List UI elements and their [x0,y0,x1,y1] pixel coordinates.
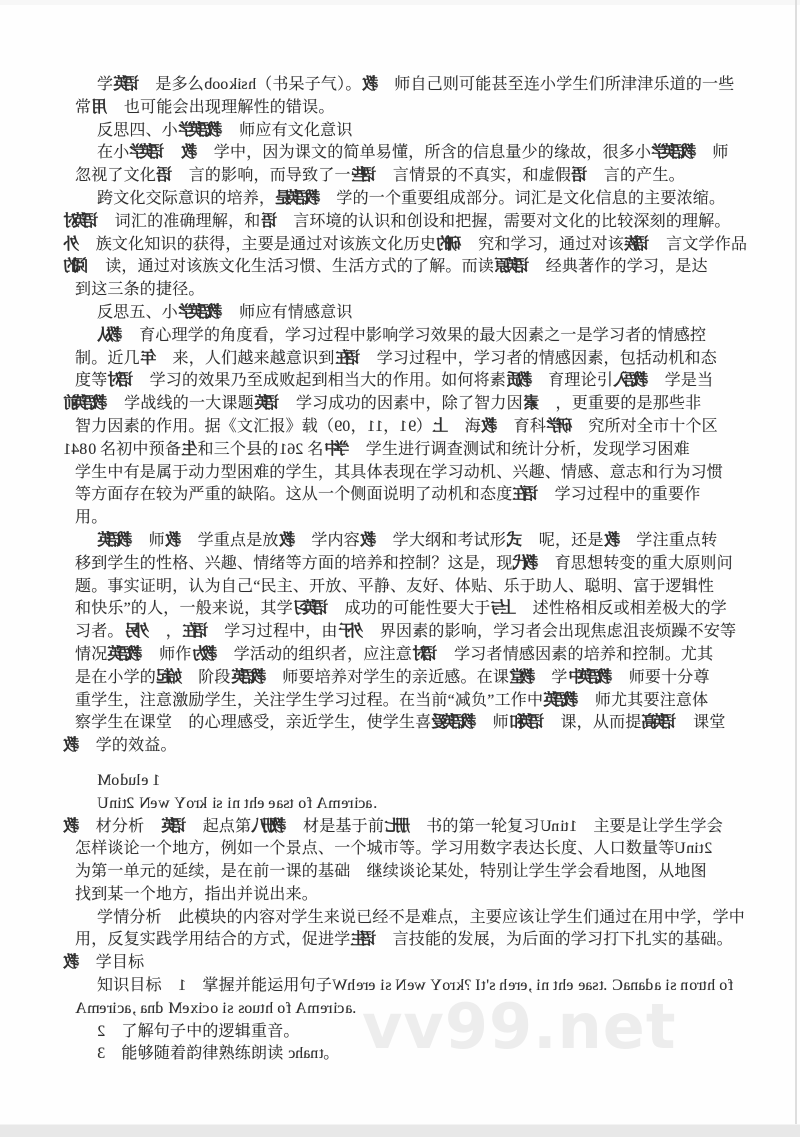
text-line: 忽视了文化语 言的影响，而导致了一些语 言情景的不真实，和虚假语 言的产生。 [75,165,800,188]
text-run: 习者。 [75,623,124,640]
text-line: 是在小学的起始 阶段英语教 师要培养对学生的亲近感。在课堂教 学中英语教 师要十… [75,667,800,690]
mirrored-text-run: Module 1 [97,772,160,789]
text-run: 师应有文化意识 [223,122,353,139]
text-run: 学目标 [80,954,145,971]
text-run: 读，通过对该族文化生活习惯、生活方式的了解。而读 [89,258,494,275]
text-line: 英语教 师教 学重点是放教 学内容教 学大纲和考试形式 呢，还是教 学注重点转 [97,530,800,553]
text-run: 师尤其要注意体 [579,692,709,709]
garbled-text-run: 教 [279,532,296,549]
text-run: 学情分析 此模块的内容对学生来说已经不是难点，主要应该让学生们通过在用中学，学中 [97,909,745,926]
text-line: 学情分析 此模块的内容对学生来说已经不是难点，主要应该让学生们通过在用中学，学中 [97,907,800,930]
garbled-text-run: 用 [91,99,108,116]
mirrored-text-run: America, and Mexico is south of America. [75,1000,356,1017]
text-run: 学大纲和考试形 [376,532,506,549]
garbled-text-run: 对英语 [63,213,98,230]
text-run: 阶段 [182,669,231,686]
garbled-text-run: 对语 [107,372,133,389]
text-run: 师自己则可能甚至连小学生们所津津乐道的一些 [378,76,734,93]
text-run: 书的第一轮复习 [410,818,540,835]
text-run: 学习者情感因素的培养和控制。尤其 [438,646,713,663]
mirrored-text-run: 19 [399,418,415,435]
text-run: 言的产生。 [588,167,685,184]
document-text: 学英语 是多么bookish（书呆子气）。教 师自己则可能甚至连小学生们所津津乐… [0,0,800,1066]
text-run: ， [383,418,399,435]
garbled-text-run: 学英语教 [178,122,223,139]
text-run: 学 [97,76,113,93]
garbled-text-run: 英语教 [97,532,132,549]
garbled-text-run: 族语 [624,236,650,253]
garbled-text-run: 教 [63,818,80,835]
text-run: 掌握并能运用句子 [186,977,332,994]
garbled-text-run: 原英语 [494,258,529,275]
text-line: 反思五、小学英语教 师应有情感意识 [97,302,800,325]
text-run: 题。事实证明，认为自己“民主、开放、平静、友好、体贴、乐于助人、聪明、富于逻辑性 [75,578,714,595]
text-run: 等方面存在较为严重的缺陷。这从一个侧面说明了动机和态度 [75,486,512,503]
text-run: 度等 [75,372,107,389]
garbled-text-run: 为教 [192,646,218,663]
text-run: 学战线的一大课题 [108,395,254,412]
text-run: 学生中有是属于动力型困难的学生，其具体表现在学习动机、兴趣、情感、意志和行为习惯 [75,464,723,481]
text-run: 族文化知识的获得，主要是通过对该族文化历史 [80,236,436,253]
text-run: 师 [696,144,728,161]
text-line: 知识目标 1 掌握并能运用句子Where is New York? It's h… [97,975,800,998]
text-run: 怎样谈论一个地方，例如一个景点、一个城市等。学习用数字表达长度、人口数量等 [75,840,674,857]
text-run: 在小 [97,144,129,161]
garbled-text-run: 中学 [324,441,350,458]
text-run: 名 [303,441,323,458]
text-run [165,144,181,161]
garbled-text-run: 生 [181,441,198,458]
text-run: 为第一单元的延续，是在前一课的基础 继续谈论某处，特别让学生学会看地图，从地图 [75,863,707,880]
text-run: 材是基于前 [287,818,384,835]
text-line: 题。事实证明，认为自己“民主、开放、平静、友好、体贴、乐于助人、聪明、富于逻辑性 [75,576,800,599]
text-run: ， [150,623,182,640]
text-line: 为第一单元的延续，是在前一课的基础 继续谈论某处，特别让学生学会看地图，从地图 [75,861,800,884]
garbled-text-run: 英语 [254,395,280,412]
text-line: 到这三条的捷径。 [75,279,800,302]
text-run: 情况 [75,646,107,663]
garbled-text-run: 英语教 [107,646,142,663]
garbled-text-run: 在语 [335,350,361,367]
text-line: 学生中有是属于动力型困难的学生，其具体表现在学习动机、兴趣、情感、意志和行为习惯 [75,462,800,485]
garbled-text-run: 教 [481,418,498,435]
garbled-text-run: 八册教 [251,818,286,835]
garbled-text-run: 英语教 [231,669,266,686]
garbled-text-run: 起始 [156,669,182,686]
garbled-text-run: 在语 [512,486,538,503]
garbled-text-run: 英语教 [543,692,578,709]
garbled-text-run: 教 [362,76,379,93]
mirrored-text-run: Unit2 New York is in the east of America… [97,795,377,812]
text-run: 言的影响，而导致了一 [173,167,351,184]
garbled-text-run: 对语 [412,646,438,663]
garbled-text-run: 教 [360,532,377,549]
garbled-text-run: 英语 [161,818,187,835]
text-run: 制。近几 [75,350,140,367]
text-run: 学是当 [649,372,714,389]
text-run: 育心理学的角度看，学习过程中影响学习效果的最大因素之一是学习者的情感控 [123,327,706,344]
text-line: 智力因素的作用。据《文汇报》载（90，11，19）上 海教 育科学研 究所对全市… [75,416,800,439]
text-run: 学 [535,669,567,686]
text-run: 经典著作的学习，是达 [530,258,708,275]
text-run: 跨文化交际意识的培养， [97,190,275,207]
text-run: 学生进行调查测试和统计分析，发现学习困难 [350,441,690,458]
garbled-text-run: 于外 [338,623,364,640]
garbled-text-run: 学英语 [129,144,164,161]
garbled-text-run: 学英语教 [178,304,223,321]
text-line: 前英语教 学战线的一大课题英语 学习成功的因素中，除了智力因素 ，更重要的是那些… [63,393,800,416]
text-line: 用。 [75,507,800,530]
text-line: 习者。另外 ，在语 学习过程中，由于外 界因素的影响，学习者会出现焦虑沮丧烦躁不… [75,621,800,644]
text-run: 学的一个重要组成部分。词汇是文化信息的主要浓缩。 [320,190,725,207]
mirrored-text-run: Unit2 [674,840,711,857]
text-run: 海 [449,418,481,435]
text-run: 学习过程中，由 [208,623,338,640]
garbled-text-run: 七册 [384,818,410,835]
text-line: 移到学生的性格、兴趣、情绪等方面的培养和控制？这是，现代教 育思想转变的重大原则… [75,553,800,576]
text-run: 究和学习，通过对该 [462,236,624,253]
text-line: 跨文化交际意识的培养，是英语教 学的一个重要组成部分。词汇是文化信息的主要浓缩。 [97,188,800,211]
text-run: 用。 [75,509,107,526]
mirrored-text-run: bookish [204,76,256,93]
text-run: 呢，还是 [523,532,604,549]
garbled-text-run: 生语 [350,931,376,948]
garbled-text-run: 爱英语教 [431,714,476,731]
text-line: 教 学目标 [63,952,800,975]
text-run: 师 [132,532,164,549]
text-run: 师要十分尊 [613,669,710,686]
text-run: 界因素的影响，学习者会出现焦虑沮丧烦躁不安等 [364,623,737,640]
text-run: 能够随着韵律熟练朗读 [105,1045,287,1062]
garbled-text-run: 语 [156,167,173,184]
text-run: 学活动的组织者，应注意 [218,646,412,663]
text-line: 等方面存在较为严重的缺陷。这从一个侧面说明了动机和态度在语 学习过程中的重要作 [75,484,800,507]
garbled-text-run: 教 [63,737,80,754]
text-line: 制。近几年 来，人们越来越意识到在语 学习过程中，学习者的情感因素，包括动机和态 [75,348,800,371]
garbled-text-run: 入语教 [613,372,648,389]
text-line: 1480 名初中预备生和三个县的162 名中学 学生进行调查测试和统计分析，发现… [63,439,800,462]
text-run: 言情景的不真实，和虚假 [377,167,571,184]
text-run: 察学生在课堂 的心理感受，亲近学生，使学生喜 [75,714,431,731]
text-run: 述性格相反或相差极大的学 [516,600,727,617]
text-run: 和快乐”的人，一般来说，其学 [75,600,293,617]
text-line: 教 学的效益。 [63,735,800,758]
text-run: 师 [476,714,508,731]
text-run: 学内容 [295,532,360,549]
garbled-text-run: 高英语 [641,714,676,731]
garbled-text-run: 式 [506,532,523,549]
text-run: 常 [75,99,91,116]
text-run: 起点第 [187,818,252,835]
garbled-text-run: 是英语教 [275,190,320,207]
text-run: 成功的可能性要大于 [328,600,490,617]
garbled-text-run: 的研 [436,236,462,253]
text-line: 情况英语教 师作为教 学活动的组织者，应注意对语 学习者情感因素的培养和控制。尤… [75,644,800,667]
garbled-text-run: 代教 [512,555,538,572]
text-run: 师应有情感意识 [223,304,353,321]
garbled-text-run: 些语 [351,167,377,184]
text-run: 究所对全市十个区 [572,418,718,435]
mirrored-text-run: Where is New York? It's here, in the eas… [332,977,733,994]
garbled-text-run: 的阅 [63,258,89,275]
text-line: 3 能够随着韵律熟练朗读 chant。 [97,1043,800,1066]
mirrored-text-run: 1 [178,977,186,994]
text-run: 育思想转变的重大原则问 [538,555,732,572]
text-run: 忽视了文化 [75,167,156,184]
text-line: 对英语 词汇的准确理解，和语 言环境的认识和创设和把握，需要对文化的比较深刻的理… [63,211,800,234]
text-line: 外 族文化知识的获得，主要是通过对该族文化历史的研 究和学习，通过对该族语 言文… [63,234,800,257]
text-run: 了解句子中的逻辑重音。 [105,1023,299,1040]
mirrored-text-run: 11 [367,418,383,435]
mirrored-text-run: Unit1 [540,818,577,835]
text-run: 课堂 [677,714,726,731]
text-line: America, and Mexico is south of America. [75,998,800,1021]
mirrored-text-run: 3 [97,1045,105,1062]
text-run: 学的效益。 [80,737,177,754]
garbled-text-run: 与上 [490,600,516,617]
text-run: 移到学生的性格、兴趣、情绪等方面的培养和控制？这是，现 [75,555,512,572]
garbled-text-run: 素 [523,395,540,412]
text-run: 学重点是放 [181,532,278,549]
text-line: 的阅 读，通过对该族文化生活习惯、生活方式的了解。而读原英语 经典著作的学习，是… [63,256,800,279]
garbled-text-run: 教 [181,144,198,161]
text-line: Module 1 [97,770,800,793]
text-run: 课，从而提 [544,714,641,731]
text-line: 2 了解句子中的逻辑重音。 [97,1021,800,1044]
mirrored-text-run: 162 [279,441,304,458]
section-gap [75,758,800,770]
text-run: 言环境的认识和创设和把握，需要对文化的比较深刻的理解。 [277,213,731,230]
garbled-text-run: 外 [63,236,80,253]
text-run: 词汇的准确理解，和 [98,213,260,230]
text-run: 主要是让学生学会 [577,818,723,835]
garbled-text-run: 中英语教 [568,669,613,686]
garbled-text-run: 学研 [546,418,572,435]
garbled-text-run: 另外 [124,623,150,640]
text-run: 知识目标 [97,977,178,994]
text-run: ，更重要的是那些非 [539,395,701,412]
text-line: 反思四、小学英语教 师应有文化意识 [97,120,800,143]
text-run: 师要培养对学生的亲近感。在课 [266,669,509,686]
page-bottom-edge [0,1124,800,1137]
text-run: （书呆子气）。 [256,76,361,93]
text-line: 从教 育心理学的角度看，学习过程中影响学习效果的最大因素之一是学习者的情感控 [97,325,800,348]
text-run: 育科 [497,418,546,435]
text-run: 学习成功的因素中，除了智力因 [280,395,523,412]
text-run: 学注重点转 [620,532,717,549]
text-line: 度等对语 学习的效果乃至成败起到相当大的作用。如何将素质教 育理论引入语教 学是… [75,370,800,393]
text-run: 反思四、小 [97,122,178,139]
page: vv99.net 学英语 是多么bookish（书呆子气）。教 师自己则可能甚至… [0,0,800,1137]
mirrored-text-run: 1480 [63,441,96,458]
text-run: 到这三条的捷径。 [75,281,205,298]
garbled-text-run: 习英语 [293,600,328,617]
garbled-text-run: 从教 [97,327,123,344]
text-run: 。 [323,1045,339,1062]
text-line: 教 材分析 英语 起点第八册教 材是基于前七册 书的第一轮复习Unit1 主要是… [63,816,800,839]
text-run: 找到某一个地方，指出并说出来。 [75,886,318,903]
text-run: 也可能会出现理解性的错误。 [108,99,335,116]
text-line: 常用 也可能会出现理解性的错误。 [75,97,800,120]
mirrored-text-run: 90 [334,418,350,435]
text-line: 用，反复实践学用结合的方式，促进学生语 言技能的发展，为后面的学习打下扎实的基础… [75,929,800,952]
garbled-text-run: 教 [604,532,621,549]
text-line: 在小学英语 教 学中，因为课文的简单易懂，所含的信息量少的缘故，很多小学英语教 … [97,142,800,165]
text-run: 和三个县的 [198,441,279,458]
text-run: 言文学作品 [650,236,747,253]
text-line: 和快乐”的人，一般来说，其学习英语 成功的可能性要大于与上 述性格相反或相差极大… [75,598,800,621]
text-run: ） [416,418,432,435]
mirrored-text-run: 2 [97,1023,105,1040]
text-run: ， [351,418,367,435]
text-run: 材分析 [80,818,161,835]
garbled-text-run: 前英语教 [63,395,108,412]
text-run: 学中，因为课文的简单易懂，所含的信息量少的缘故，很多小 [198,144,652,161]
text-line: 找到某一个地方，指出并说出来。 [75,884,800,907]
text-line: 学英语 是多么bookish（书呆子气）。教 师自己则可能甚至连小学生们所津津乐… [97,74,800,97]
garbled-text-run: 在语 [182,623,208,640]
text-run: 师作 [143,646,192,663]
text-run: 来，人们越来越意识到 [156,350,334,367]
text-run: 育理论引 [532,372,613,389]
mirrored-text-run: chant [288,1045,324,1062]
text-run: 学习过程中的重要作 [538,486,700,503]
garbled-text-run: 年 [140,350,157,367]
text-run: 反思五、小 [97,304,178,321]
text-line: 怎样谈论一个地方，例如一个景点、一个城市等。学习用数字表达长度、人口数量等Uni… [75,838,800,861]
text-run: 是多么 [139,76,204,93]
text-line: 重学生，注意激励学生，关注学生学习过程。在当前“减负”工作中英语教 师尤其要注意… [75,690,800,713]
text-run: 用，反复实践学用结合的方式，促进学 [75,931,350,948]
text-run: 名初中预备 [96,441,181,458]
garbled-text-run: 语 [261,213,278,230]
garbled-text-run: 上 [432,418,449,435]
garbled-text-run: 和英语 [509,714,544,731]
text-run: 学习过程中，学习者的情感因素，包括动机和态 [361,350,717,367]
text-run: 言技能的发展，为后面的学习打下扎实的基础。 [376,931,732,948]
text-line: Unit2 New York is in the east of America… [97,793,800,816]
garbled-text-run: 教 [63,954,80,971]
text-run: 重学生，注意激励学生，关注学生学习过程。在当前“减负”工作中 [75,692,543,709]
garbled-text-run: 堂教 [509,669,535,686]
text-run: 是在小学的 [75,669,156,686]
text-run: 学习的效果乃至成败起到相当大的作用。如何将素 [133,372,506,389]
garbled-text-run: 学英语教 [651,144,696,161]
text-run: 智力因素的作用。据《文汇报》载（ [75,418,334,435]
garbled-text-run: 语 [571,167,588,184]
garbled-text-run: 教 [165,532,182,549]
text-line: 察学生在课堂 的心理感受，亲近学生，使学生喜爱英语教 师和英语 课，从而提高英语… [75,712,800,735]
garbled-text-run: 英语 [113,76,139,93]
garbled-text-run: 质教 [506,372,532,389]
